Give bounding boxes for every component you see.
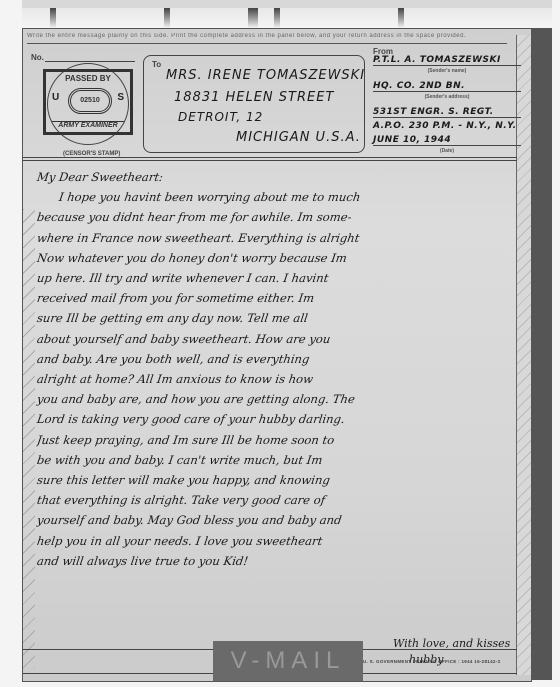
letter-line: received mail from you for sometime eith… (36, 288, 515, 308)
stamp-number: 02510 (68, 88, 112, 114)
header-divider (23, 157, 517, 158)
letter-line: yourself and baby. May God bless you and… (36, 510, 515, 530)
stamp-examiner: ARMY EXAMINER (52, 121, 124, 129)
letter-body: My Dear Sweetheart: I hope you havint be… (37, 167, 513, 571)
letter-line: Now whatever you do honey don't worry be… (36, 248, 515, 268)
letter-line: because you didnt hear from me for awhil… (36, 207, 515, 227)
number-line (45, 61, 135, 62)
scan-artifact-marks (22, 8, 552, 30)
vmail-banner: V-MAIL (213, 641, 363, 681)
letter-line: and will always live true to you Kid! (36, 551, 515, 571)
sender-address-line3: A.P.O. 230 P.M. - N.Y., N.Y. (373, 121, 521, 131)
recipient-address-panel: To MRS. IRENE TOMASZEWSKI 18831 HELEN ST… (143, 55, 365, 153)
hatched-margin-right (516, 35, 531, 675)
letter-line: sure this letter will make you happy, an… (36, 470, 515, 490)
printer-imprint: U. S. GOVERNMENT PRINTING OFFICE : 1944 … (363, 659, 500, 664)
letter-line: Lord is taking very good care of your hu… (36, 409, 515, 429)
recipient-street: 18831 HELEN STREET (174, 90, 334, 105)
to-label: To (152, 60, 161, 69)
form-instructions: Write the entire message plainly on this… (27, 33, 507, 44)
recipient-state: MICHIGAN U.S.A. (236, 130, 361, 145)
recipient-name: MRS. IRENE TOMASZEWSKI (166, 68, 365, 83)
sender-name-caption: (Sender's name) (373, 68, 521, 74)
letter-line: you and baby are, and how you are gettin… (36, 389, 515, 409)
letter-line: about yourself and baby sweetheart. How … (36, 329, 515, 349)
sender-address-caption: (Sender's address) (373, 94, 521, 100)
stamp-passed-by: PASSED BY (46, 74, 130, 83)
hatched-margin-left (23, 209, 35, 669)
scan-edge-shadow (530, 28, 552, 680)
letter-closing: With love, and kisses (393, 637, 510, 650)
number-label: No. (31, 53, 44, 62)
sender-address-line1: HQ. CO. 2ND BN. (373, 81, 521, 92)
letter-line: sure Ill be getting em any day now. Tell… (36, 308, 515, 328)
letter-line: that everything is alright. Take very go… (36, 490, 515, 510)
letter-line: I hope you havint been worrying about me… (36, 187, 515, 207)
letter-line: alright at home? All Im anxious to know … (36, 369, 515, 389)
letter-line: up here. Ill try and write whenever I ca… (36, 268, 515, 288)
letter-line: Just keep praying, and Im sure Ill be ho… (36, 430, 515, 450)
letter-line: help you in all your needs. I love you s… (36, 531, 515, 551)
letter-line: and baby. Are you both well, and is ever… (36, 349, 515, 369)
letter-line: be with you and baby. I can't write much… (36, 450, 515, 470)
stamp-letter-u: U (52, 92, 59, 103)
sender-address-line2: 531ST ENGR. S. REGT. (373, 107, 521, 118)
letter-date: JUNE 10, 1944 (373, 135, 521, 146)
vmail-form: Write the entire message plainly on this… (22, 28, 532, 682)
recipient-city: DETROIT, 12 (178, 110, 263, 124)
header-divider-2 (23, 160, 517, 161)
date-caption: (Date) (373, 148, 521, 154)
salutation: My Dear Sweetheart: (36, 167, 515, 187)
stamp-letter-s: S (117, 92, 124, 103)
censor-stamp: PASSED BY U 02510 S ARMY EXAMINER (43, 69, 133, 135)
letter-line: where in France now sweetheart. Everythi… (36, 228, 515, 248)
sender-name: P.T.L. A. TOMASZEWSKI (373, 55, 521, 66)
